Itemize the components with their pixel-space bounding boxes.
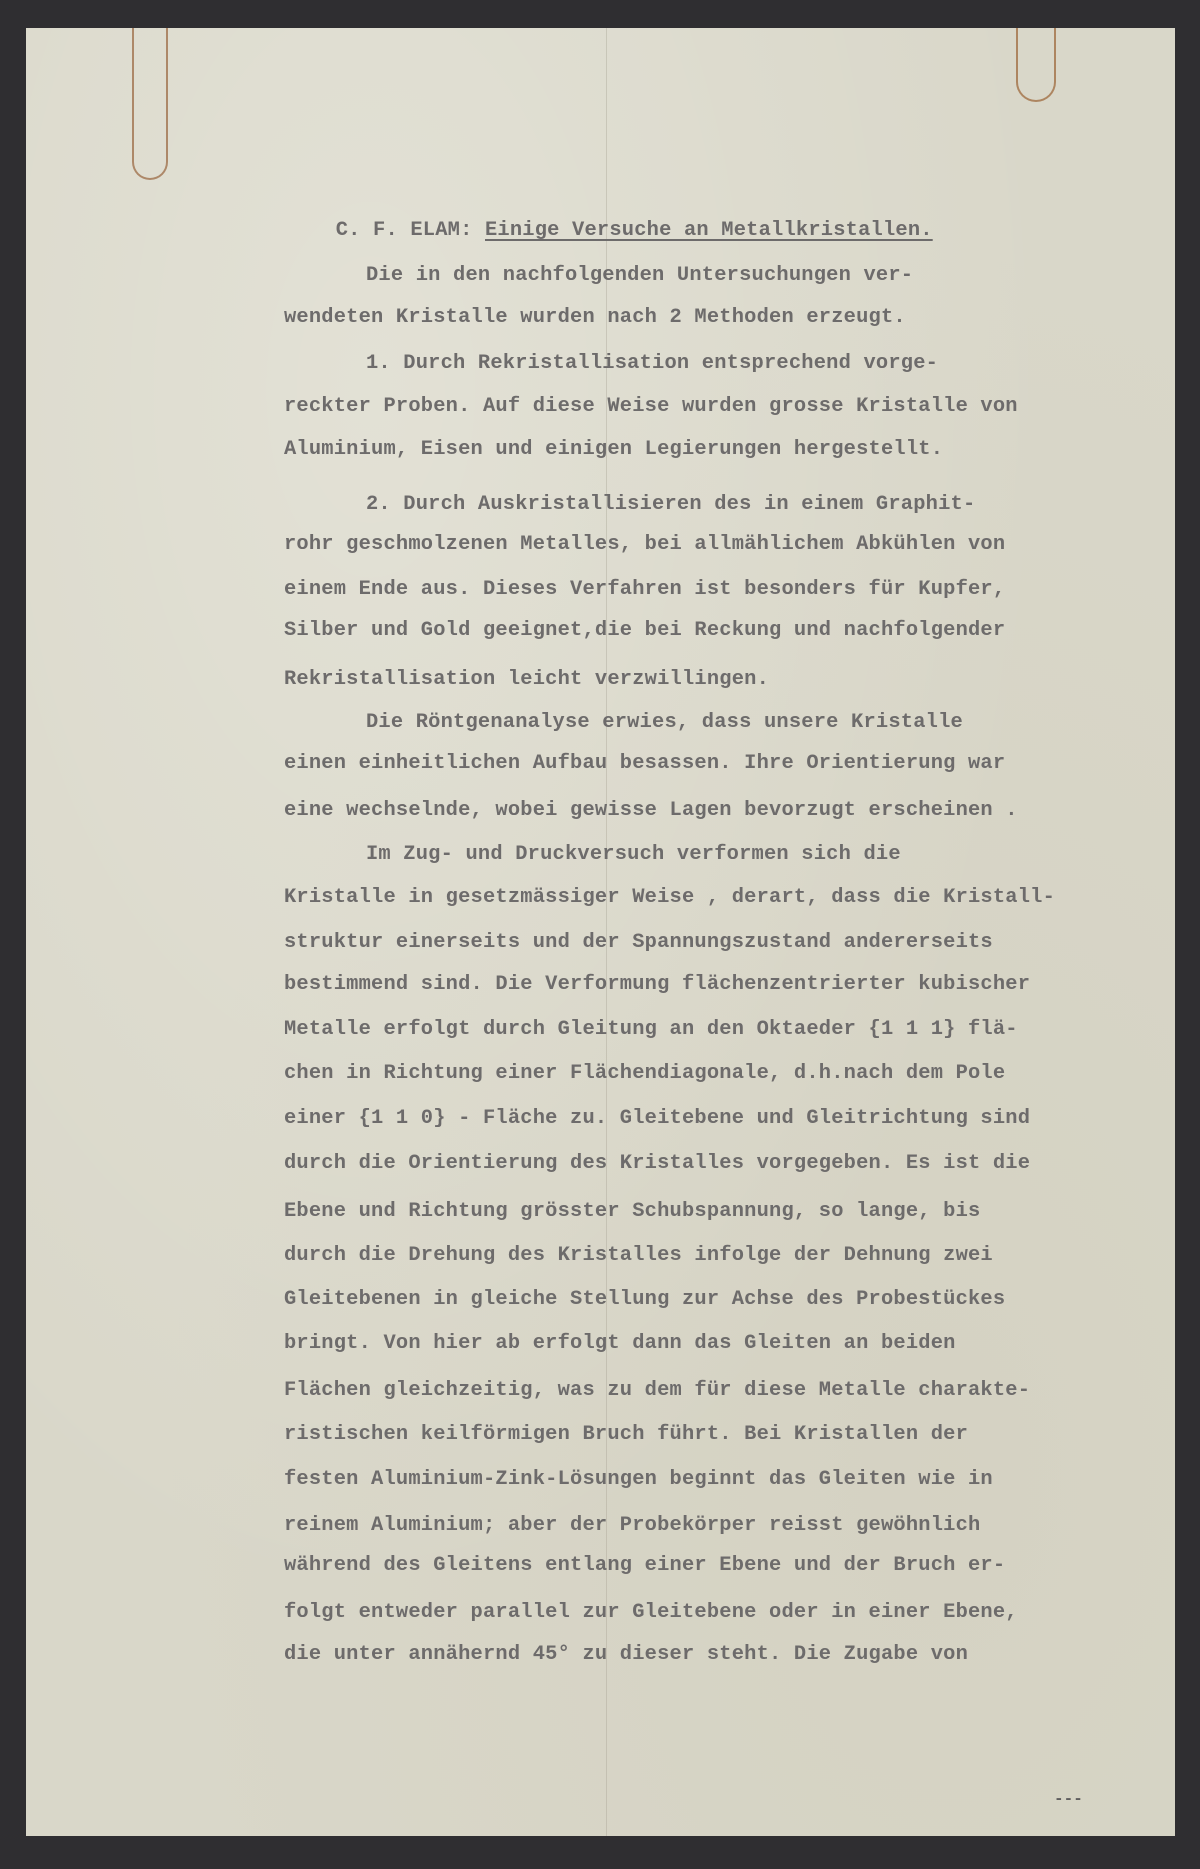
text-line: Kristalle in gesetzmässiger Weise , dera… [284, 886, 1055, 909]
text-line: chen in Richtung einer Flächendiagonale,… [284, 1062, 1005, 1085]
text-line: festen Aluminium-Zink-Lösungen beginnt d… [284, 1468, 993, 1491]
text-line: Rekristallisation leicht verzwillingen. [284, 668, 769, 691]
text-line: Ebene und Richtung grösster Schubspannun… [284, 1200, 980, 1223]
paperclip-mark-icon [1016, 28, 1056, 102]
text-line: Die Röntgenanalyse erwies, dass unsere K… [366, 711, 963, 734]
paperclip-mark-icon [132, 28, 168, 180]
text-line: Die in den nachfolgenden Untersuchungen … [366, 264, 913, 287]
text-line: Aluminium, Eisen und einigen Legierungen… [284, 438, 943, 461]
text-line: durch die Drehung des Kristalles infolge… [284, 1244, 993, 1267]
text-line: Metalle erfolgt durch Gleitung an den Ok… [284, 1018, 1018, 1041]
title-heading: Einige Versuche an Metallkristallen. [485, 219, 933, 242]
text-line: 1. Durch Rekristallisation entsprechend … [366, 352, 938, 375]
document-page: C. F. ELAM: Einige Versuche an Metallkri… [26, 28, 1175, 1836]
text-line: 2. Durch Auskristallisieren des in einem… [366, 493, 975, 516]
text-line: wendeten Kristalle wurden nach 2 Methode… [284, 306, 906, 329]
text-line: rohr geschmolzenen Metalles, bei allmähl… [284, 533, 1005, 556]
text-line: bestimmend sind. Die Verformung flächenz… [284, 973, 1030, 996]
text-line: folgt entweder parallel zur Gleitebene o… [284, 1601, 1018, 1624]
document-title: C. F. ELAM: Einige Versuche an Metallkri… [286, 196, 933, 265]
text-line: die unter annähernd 45° zu dieser steht.… [284, 1643, 968, 1666]
text-line: Silber und Gold geeignet,die bei Reckung… [284, 619, 1005, 642]
text-line: Gleitebenen in gleiche Stellung zur Achs… [284, 1288, 1005, 1311]
text-line: durch die Orientierung des Kristalles vo… [284, 1152, 1030, 1175]
text-line: eine wechselnde, wobei gewisse Lagen bev… [284, 799, 1018, 822]
text-line: einer {1 1 0} - Fläche zu. Gleitebene un… [284, 1107, 1030, 1130]
text-line: ristischen keilförmigen Bruch führt. Bei… [284, 1423, 968, 1446]
author-name: C. F. ELAM: [336, 219, 485, 242]
text-line: Im Zug- und Druckversuch verformen sich … [366, 843, 901, 866]
text-line: während des Gleitens entlang einer Ebene… [284, 1554, 1005, 1577]
continuation-mark: --- [1054, 1790, 1083, 1808]
text-line: Flächen gleichzeitig, was zu dem für die… [284, 1379, 1030, 1402]
text-line: reinem Aluminium; aber der Probekörper r… [284, 1514, 980, 1537]
text-line: reckter Proben. Auf diese Weise wurden g… [284, 395, 1018, 418]
text-line: struktur einerseits und der Spannungszus… [284, 931, 993, 954]
text-line: einen einheitlichen Aufbau besassen. Ihr… [284, 752, 1005, 775]
text-line: bringt. Von hier ab erfolgt dann das Gle… [284, 1332, 956, 1355]
text-line: einem Ende aus. Dieses Verfahren ist bes… [284, 578, 1005, 601]
